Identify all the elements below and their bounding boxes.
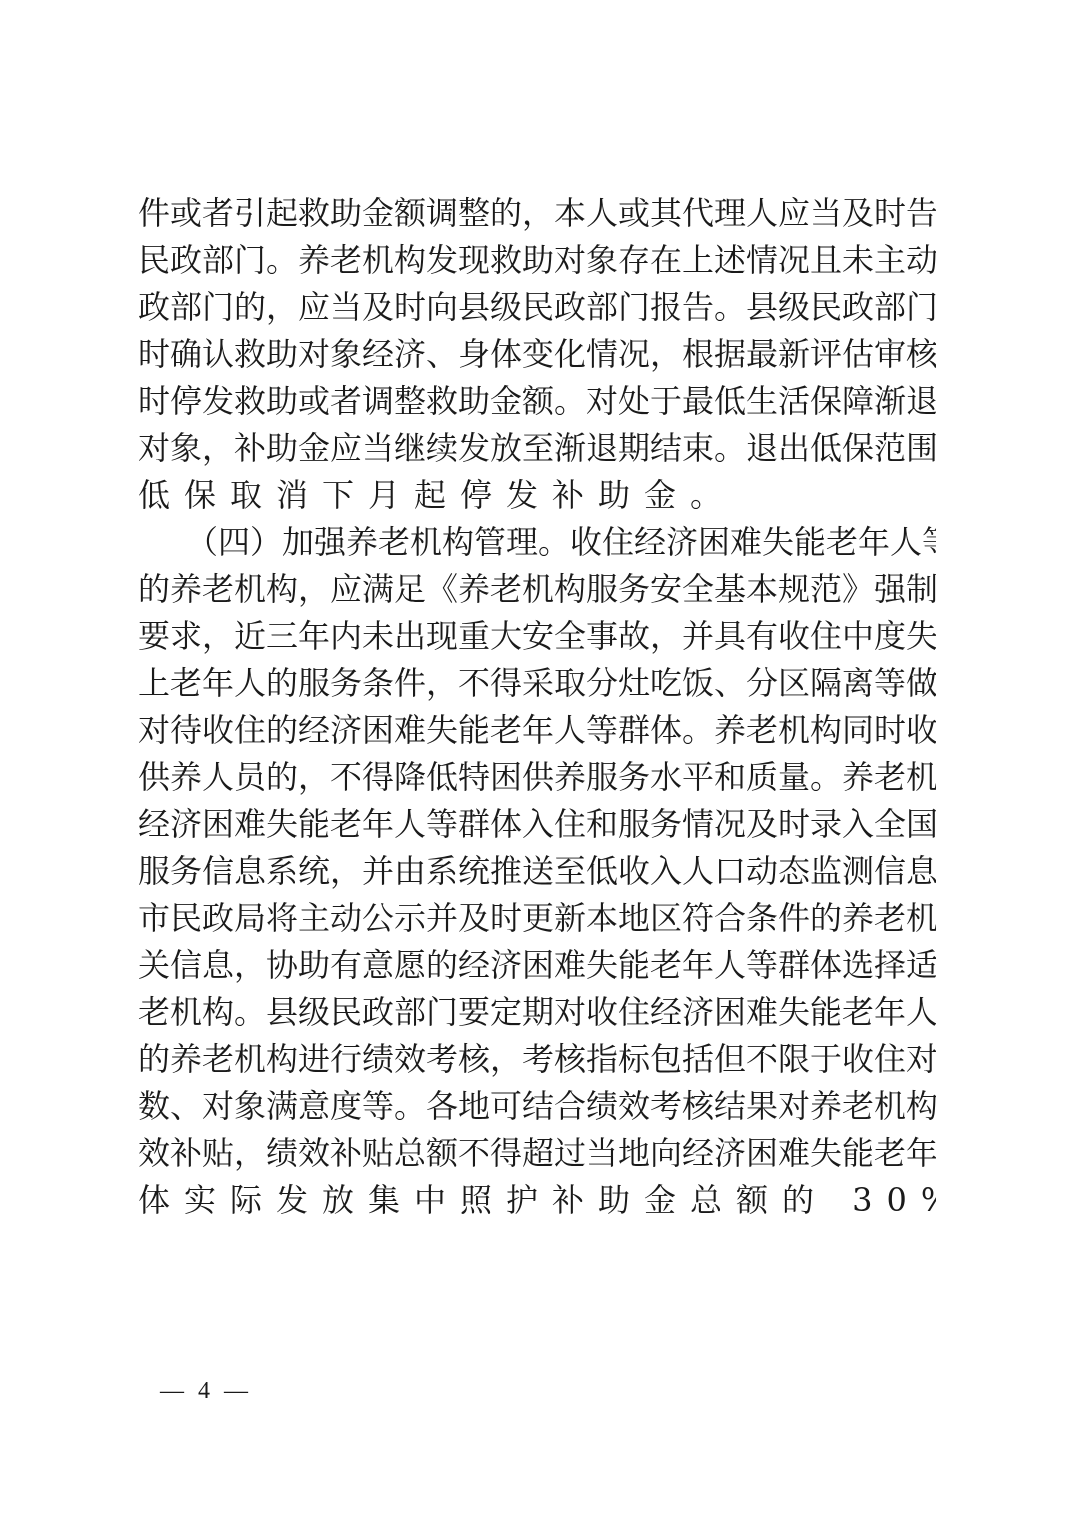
text-line: 低保取消下月起停发补助金。 <box>138 472 936 519</box>
text-line: 服务信息系统，并由系统推送至低收入人口动态监测信息平台。 <box>138 848 936 895</box>
text-line: 关信息，协助有意愿的经济困难失能老年人等群体选择适合的养 <box>138 942 936 989</box>
text-line: 上老年人的服务条件，不得采取分灶吃饭、分区隔离等做法区别 <box>138 660 936 707</box>
paragraph-institution-management: （四）加强养老机构管理。收住经济困难失能老年人等群体 的养老机构，应满足《养老机… <box>138 519 936 1224</box>
document-page: 件或者引起救助金额调整的，本人或其代理人应当及时告知县级 民政部门。养老机构发现… <box>138 190 936 1224</box>
text-line: 件或者引起救助金额调整的，本人或其代理人应当及时告知县级 <box>138 190 936 237</box>
text-line: 数、对象满意度等。各地可结合绩效考核结果对养老机构发放绩 <box>138 1083 936 1130</box>
paragraph-subsidy-adjustment: 件或者引起救助金额调整的，本人或其代理人应当及时告知县级 民政部门。养老机构发现… <box>138 190 936 519</box>
text-line: 的养老机构进行绩效考核，考核指标包括但不限于收住对象人 <box>138 1036 936 1083</box>
text-line: 供养人员的，不得降低特困供养服务水平和质量。养老机构应将 <box>138 754 936 801</box>
text-line: 要求，近三年内未出现重大安全事故，并具有收住中度失能及以 <box>138 613 936 660</box>
text-line: 体实际发放集中照护补助金总额的 30%。 <box>138 1177 936 1224</box>
text-line: 时停发救助或者调整救助金额。对处于最低生活保障渐退期内的 <box>138 378 936 425</box>
page-number: — 4 — <box>160 1378 252 1405</box>
text-line: 市民政局将主动公示并及时更新本地区符合条件的养老机构相 <box>138 895 936 942</box>
text-line: 效补贴，绩效补贴总额不得超过当地向经济困难失能老年人等群 <box>138 1130 936 1177</box>
text-line: 经济困难失能老年人等群体入住和服务情况及时录入全国养老 <box>138 801 936 848</box>
text-line: 的养老机构，应满足《养老机构服务安全基本规范》强制性标准 <box>138 566 936 613</box>
text-line: 时确认救助对象经济、身体变化情况，根据最新评估审核情况及 <box>138 331 936 378</box>
text-line: 老机构。县级民政部门要定期对收住经济困难失能老年人等群体 <box>138 989 936 1036</box>
text-line: 政部门的，应当及时向县级民政部门报告。县级民政部门应当及 <box>138 284 936 331</box>
text-line: 对待收住的经济困难失能老年人等群体。养老机构同时收住特困 <box>138 707 936 754</box>
text-line: 对象，补助金应当继续发放至渐退期结束。退出低保范围的，自 <box>138 425 936 472</box>
section-heading-line: （四）加强养老机构管理。收住经济困难失能老年人等群体 <box>138 519 936 566</box>
text-line: 民政部门。养老机构发现救助对象存在上述情况且未主动告知民 <box>138 237 936 284</box>
